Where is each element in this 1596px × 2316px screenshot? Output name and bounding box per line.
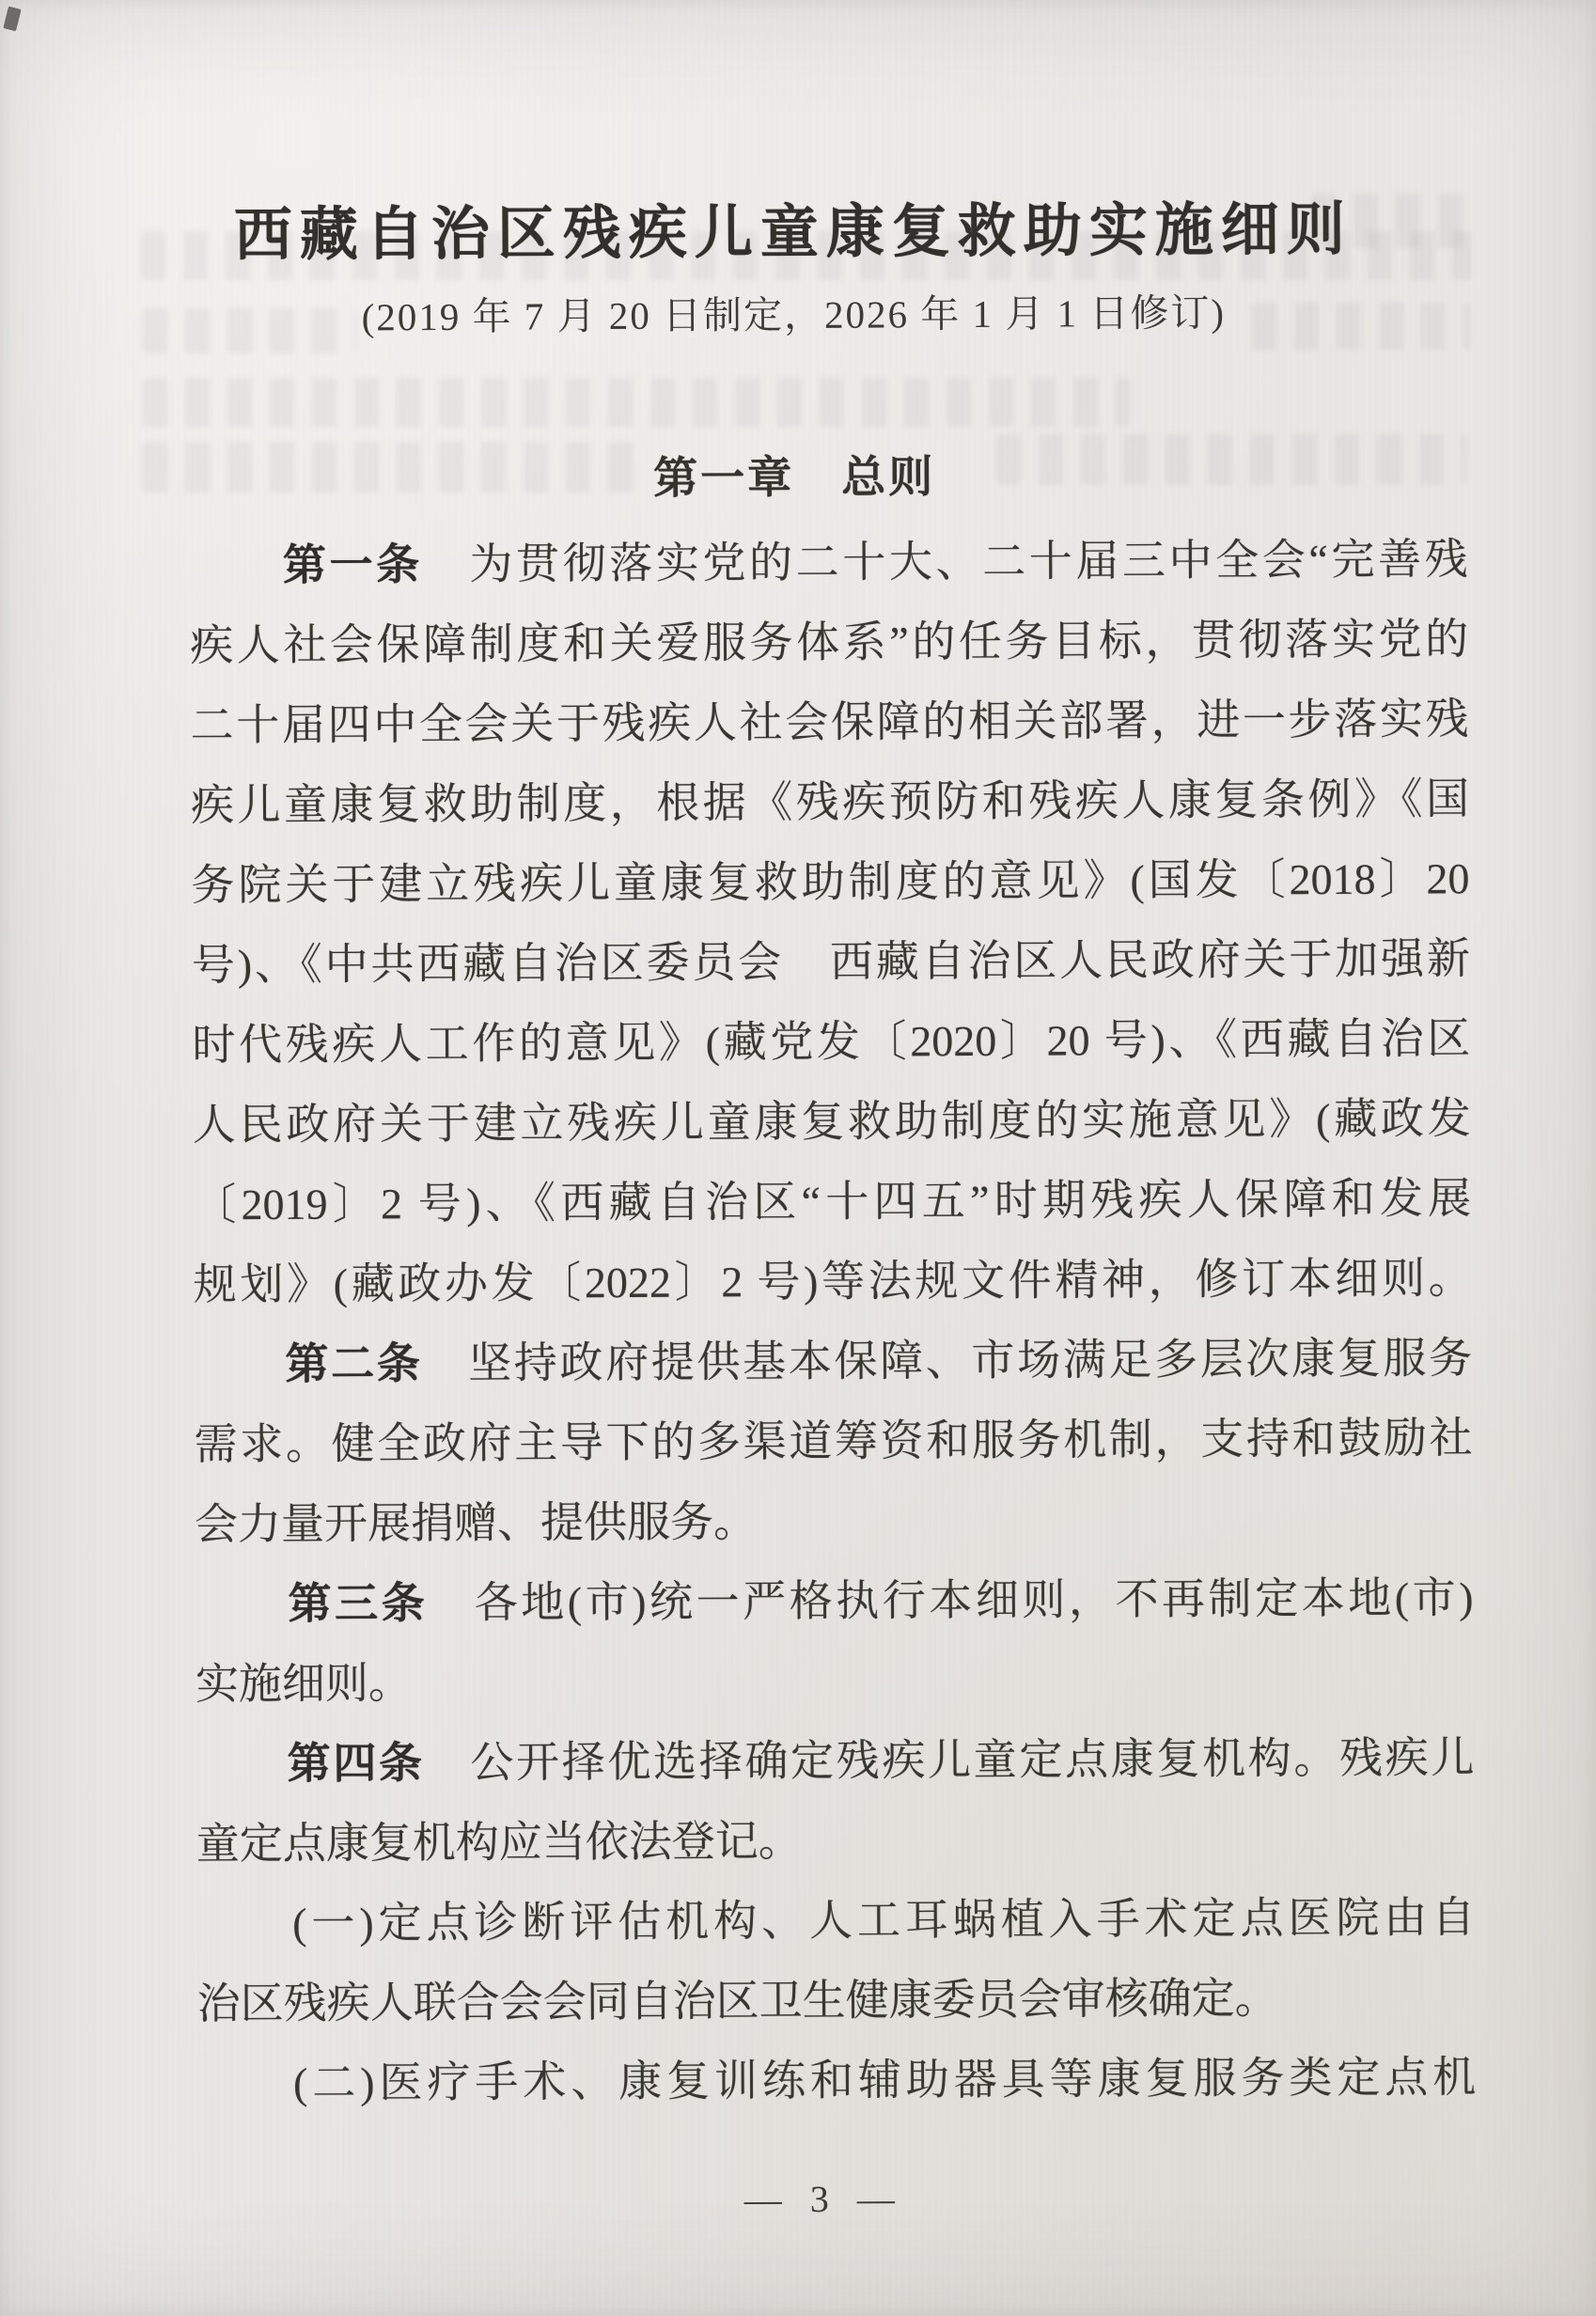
document-body: 第一条 为贯彻落实党的二十大、二十届三中全会“完善残疾人社会保障制度和关爱服务体… — [189, 519, 1476, 2123]
body-line: 实施细则。 — [196, 1637, 1474, 1724]
body-line-text: 需求。健全政府主导下的多渠道筹资和服务机制，支持和鼓励社 — [194, 1414, 1472, 1468]
body-line-text: 规划》(藏政办发〔2022〕2 号)等法规文件精神，修订本细则。 — [194, 1254, 1472, 1308]
body-line-text: 人民政府关于建立残疾儿童康复救助制度的实施意见》(藏政发 — [193, 1094, 1471, 1149]
body-line: 号)、《中共西藏自治区委员会 西藏自治区人民政府关于加强新 — [192, 918, 1470, 1005]
body-line-text: 各地(市)统一严格执行本细则，不再制定本地(市) — [428, 1573, 1474, 1627]
body-line: 第一条 为贯彻落实党的二十大、二十届三中全会“完善残 — [189, 519, 1467, 605]
body-line-text: 公开择优选择确定残疾儿童定点康复机构。残疾儿 — [425, 1733, 1475, 1787]
body-line: 疾人社会保障制度和关爱服务体系”的任务目标，贯彻落实党的 — [190, 599, 1468, 685]
body-line: 疾儿童康复救助制度，根据《残疾预防和残疾人康复条例》《国 — [191, 759, 1469, 845]
body-line-text: 实施细则。 — [196, 1659, 412, 1708]
document-title: 西藏自治区残疾儿童康复救助实施细则 — [0, 196, 1591, 272]
body-line: 治区残疾人联合会会同自治区卫生健康委员会审核确定。 — [196, 1957, 1475, 2043]
body-line-text: 为贯彻落实党的二十大、二十届三中全会“完善残 — [423, 535, 1468, 588]
article-number: 第三条 — [195, 1578, 428, 1628]
body-line: 〔2019〕2 号)、《西藏自治区“十四五”时期残疾人保障和发展 — [193, 1158, 1471, 1244]
body-line: (二)医疗手术、康复训练和辅助器具等康复服务类定点机 — [197, 2037, 1476, 2123]
body-line-text: 坚持政府提供基本保障、市场满足多层次康复服务 — [422, 1334, 1472, 1387]
chapter-heading: 第一章 总则 — [0, 446, 1592, 510]
body-line: 第四条 公开择优选择确定残疾儿童定点康复机构。残疾儿 — [196, 1717, 1474, 1804]
body-line: 二十届四中全会关于残疾人社会保障的相关部署，进一步落实残 — [190, 679, 1468, 765]
body-line-text: 会力量开展捐赠、提供服务。 — [195, 1497, 757, 1548]
document-dates: (2019 年 7 月 20 日制定，2026 年 1 月 1 日修订) — [0, 286, 1591, 345]
body-line: 童定点康复机构应当依法登记。 — [196, 1797, 1475, 1884]
body-line: 第二条 坚持政府提供基本保障、市场满足多层次康复服务 — [194, 1318, 1472, 1404]
body-line-text: 疾人社会保障制度和关爱服务体系”的任务目标，贯彻落实党的 — [190, 615, 1468, 669]
body-line: 需求。健全政府主导下的多渠道筹资和服务机制，支持和鼓励社 — [194, 1398, 1472, 1484]
body-line: 会力量开展捐赠、提供服务。 — [195, 1478, 1473, 1564]
body-line-text: 童定点康复机构应当依法登记。 — [196, 1817, 802, 1868]
body-line-text: 务院关于建立残疾儿童康复救助制度的意见》(国发〔2018〕20 — [191, 854, 1469, 909]
page-number: — 3 — — [26, 2168, 1596, 2230]
body-line-text: (一)定点诊断评估机构、人工耳蜗植入手术定点医院由自 — [196, 1893, 1475, 1948]
body-line-text: 〔2019〕2 号)、《西藏自治区“十四五”时期残疾人保障和发展 — [193, 1174, 1471, 1228]
document-content: 西藏自治区残疾儿童康复救助实施细则 (2019 年 7 月 20 日制定，202… — [0, 0, 1596, 2316]
body-line: (一)定点诊断评估机构、人工耳蜗植入手术定点医院由自 — [196, 1877, 1475, 1964]
body-line: 务院关于建立残疾儿童康复救助制度的意见》(国发〔2018〕20 — [191, 838, 1469, 925]
body-line-text: 二十届四中全会关于残疾人社会保障的相关部署，进一步落实残 — [190, 695, 1468, 749]
body-line: 人民政府关于建立残疾儿童康复救助制度的实施意见》(藏政发 — [193, 1078, 1471, 1165]
body-line: 规划》(藏政办发〔2022〕2 号)等法规文件精神，修订本细则。 — [193, 1238, 1471, 1324]
article-number: 第一条 — [190, 540, 423, 589]
body-line: 第三条 各地(市)统一严格执行本细则，不再制定本地(市) — [195, 1557, 1473, 1644]
article-number: 第四条 — [196, 1738, 425, 1788]
scanned-document-page: 西藏自治区残疾儿童康复救助实施细则 (2019 年 7 月 20 日制定，202… — [0, 0, 1596, 2316]
article-number: 第二条 — [194, 1338, 423, 1388]
body-line-text: 号)、《中共西藏自治区委员会 西藏自治区人民政府关于加强新 — [192, 934, 1470, 989]
body-line-text: 时代残疾人工作的意见》(藏党发〔2020〕20 号)、《西藏自治区 — [192, 1014, 1470, 1069]
body-line: 时代残疾人工作的意见》(藏党发〔2020〕20 号)、《西藏自治区 — [192, 998, 1470, 1085]
body-line-text: 疾儿童康复救助制度，根据《残疾预防和残疾人康复条例》《国 — [191, 775, 1469, 829]
body-line-text: 治区残疾人联合会会同自治区卫生健康委员会审核确定。 — [197, 1974, 1278, 2027]
body-line-text: (二)医疗手术、康复训练和辅助器具等康复服务类定点机 — [197, 2053, 1476, 2107]
